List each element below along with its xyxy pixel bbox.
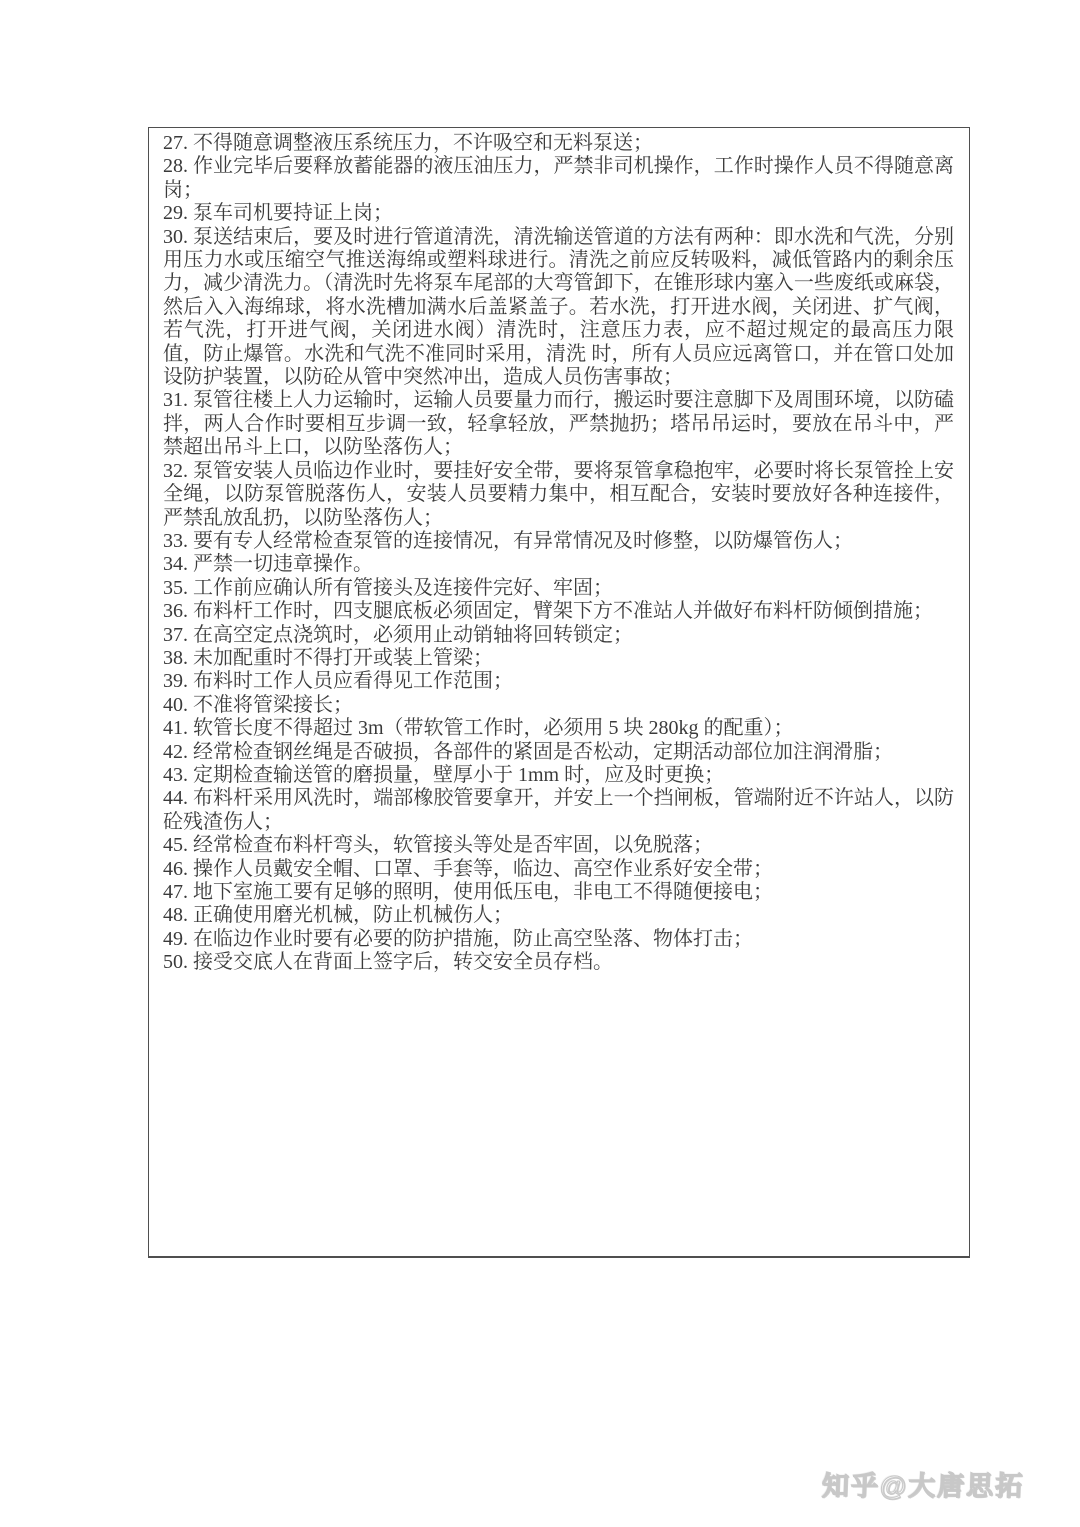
safety-item-47: 47. 地下室施工要有足够的照明，使用低压电，非电工不得随便接电； <box>163 881 954 904</box>
safety-item-41: 41. 软管长度不得超过 3m（带软管工作时，必须用 5 块 280kg 的配重… <box>163 717 954 740</box>
safety-item-35: 35. 工作前应确认所有管接头及连接件完好、牢固； <box>163 577 954 600</box>
safety-item-34: 34. 严禁一切违章操作。 <box>163 553 954 576</box>
safety-item-33: 33. 要有专人经常检查泵管的连接情况，有异常情况及时修整，以防爆管伤人； <box>163 530 954 553</box>
document-page: 27. 不得随意调整液压系统压力，不许吸空和无料泵送； 28. 作业完毕后要释放… <box>0 0 1080 1527</box>
safety-item-36: 36. 布料杆工作时，四支腿底板必须固定，臂架下方不准站人并做好布料杆防倾倒措施… <box>163 600 954 623</box>
safety-item-43: 43. 定期检查输送管的磨损量，壁厚小于 1mm 时，应及时更换； <box>163 764 954 787</box>
safety-item-45: 45. 经常检查布料杆弯头，软管接头等处是否牢固，以免脱落； <box>163 834 954 857</box>
safety-item-49: 49. 在临边作业时要有必要的防护措施，防止高空坠落、物体打击； <box>163 928 954 951</box>
safety-item-29: 29. 泵车司机要持证上岗； <box>163 202 954 225</box>
safety-item-46: 46. 操作人员戴安全帽、口罩、手套等，临边、高空作业系好安全带； <box>163 858 954 881</box>
safety-item-39: 39. 布料时工作人员应看得见工作范围； <box>163 670 954 693</box>
safety-item-48: 48. 正确使用磨光机械，防止机械伤人； <box>163 904 954 927</box>
safety-item-42: 42. 经常检查钢丝绳是否破损，各部件的紧固是否松动，定期活动部位加注润滑脂； <box>163 741 954 764</box>
safety-item-44: 44. 布料杆采用风洗时，端部橡胶管要拿开，并安上一个挡闸板，管端附近不许站人，… <box>163 787 954 834</box>
safety-item-38: 38. 未加配重时不得打开或装上管梁； <box>163 647 954 670</box>
safety-rules-table-cell: 27. 不得随意调整液压系统压力，不许吸空和无料泵送； 28. 作业完毕后要释放… <box>148 127 970 1258</box>
safety-item-40: 40. 不准将管梁接长； <box>163 694 954 717</box>
safety-item-37: 37. 在高空定点浇筑时，必须用止动销轴将回转锁定； <box>163 624 954 647</box>
safety-item-28: 28. 作业完毕后要释放蓄能器的液压油压力，严禁非司机操作，工作时操作人员不得随… <box>163 155 954 202</box>
safety-item-32: 32. 泵管安装人员临边作业时，要挂好安全带，要将泵管拿稳抱牢，必要时将长泵管拴… <box>163 460 954 530</box>
zhihu-watermark: 知乎@大唐思拓 <box>821 1464 1025 1503</box>
safety-item-31: 31. 泵管往楼上人力运输时，运输人员要量力而行，搬运时要注意脚下及周围环境，以… <box>163 389 954 459</box>
safety-item-27: 27. 不得随意调整液压系统压力，不许吸空和无料泵送； <box>163 132 954 155</box>
safety-item-50: 50. 接受交底人在背面上签字后，转交安全员存档。 <box>163 951 954 974</box>
safety-item-30: 30. 泵送结束后，要及时进行管道清洗，清洗输送管道的方法有两种：即水洗和气洗，… <box>163 226 954 390</box>
